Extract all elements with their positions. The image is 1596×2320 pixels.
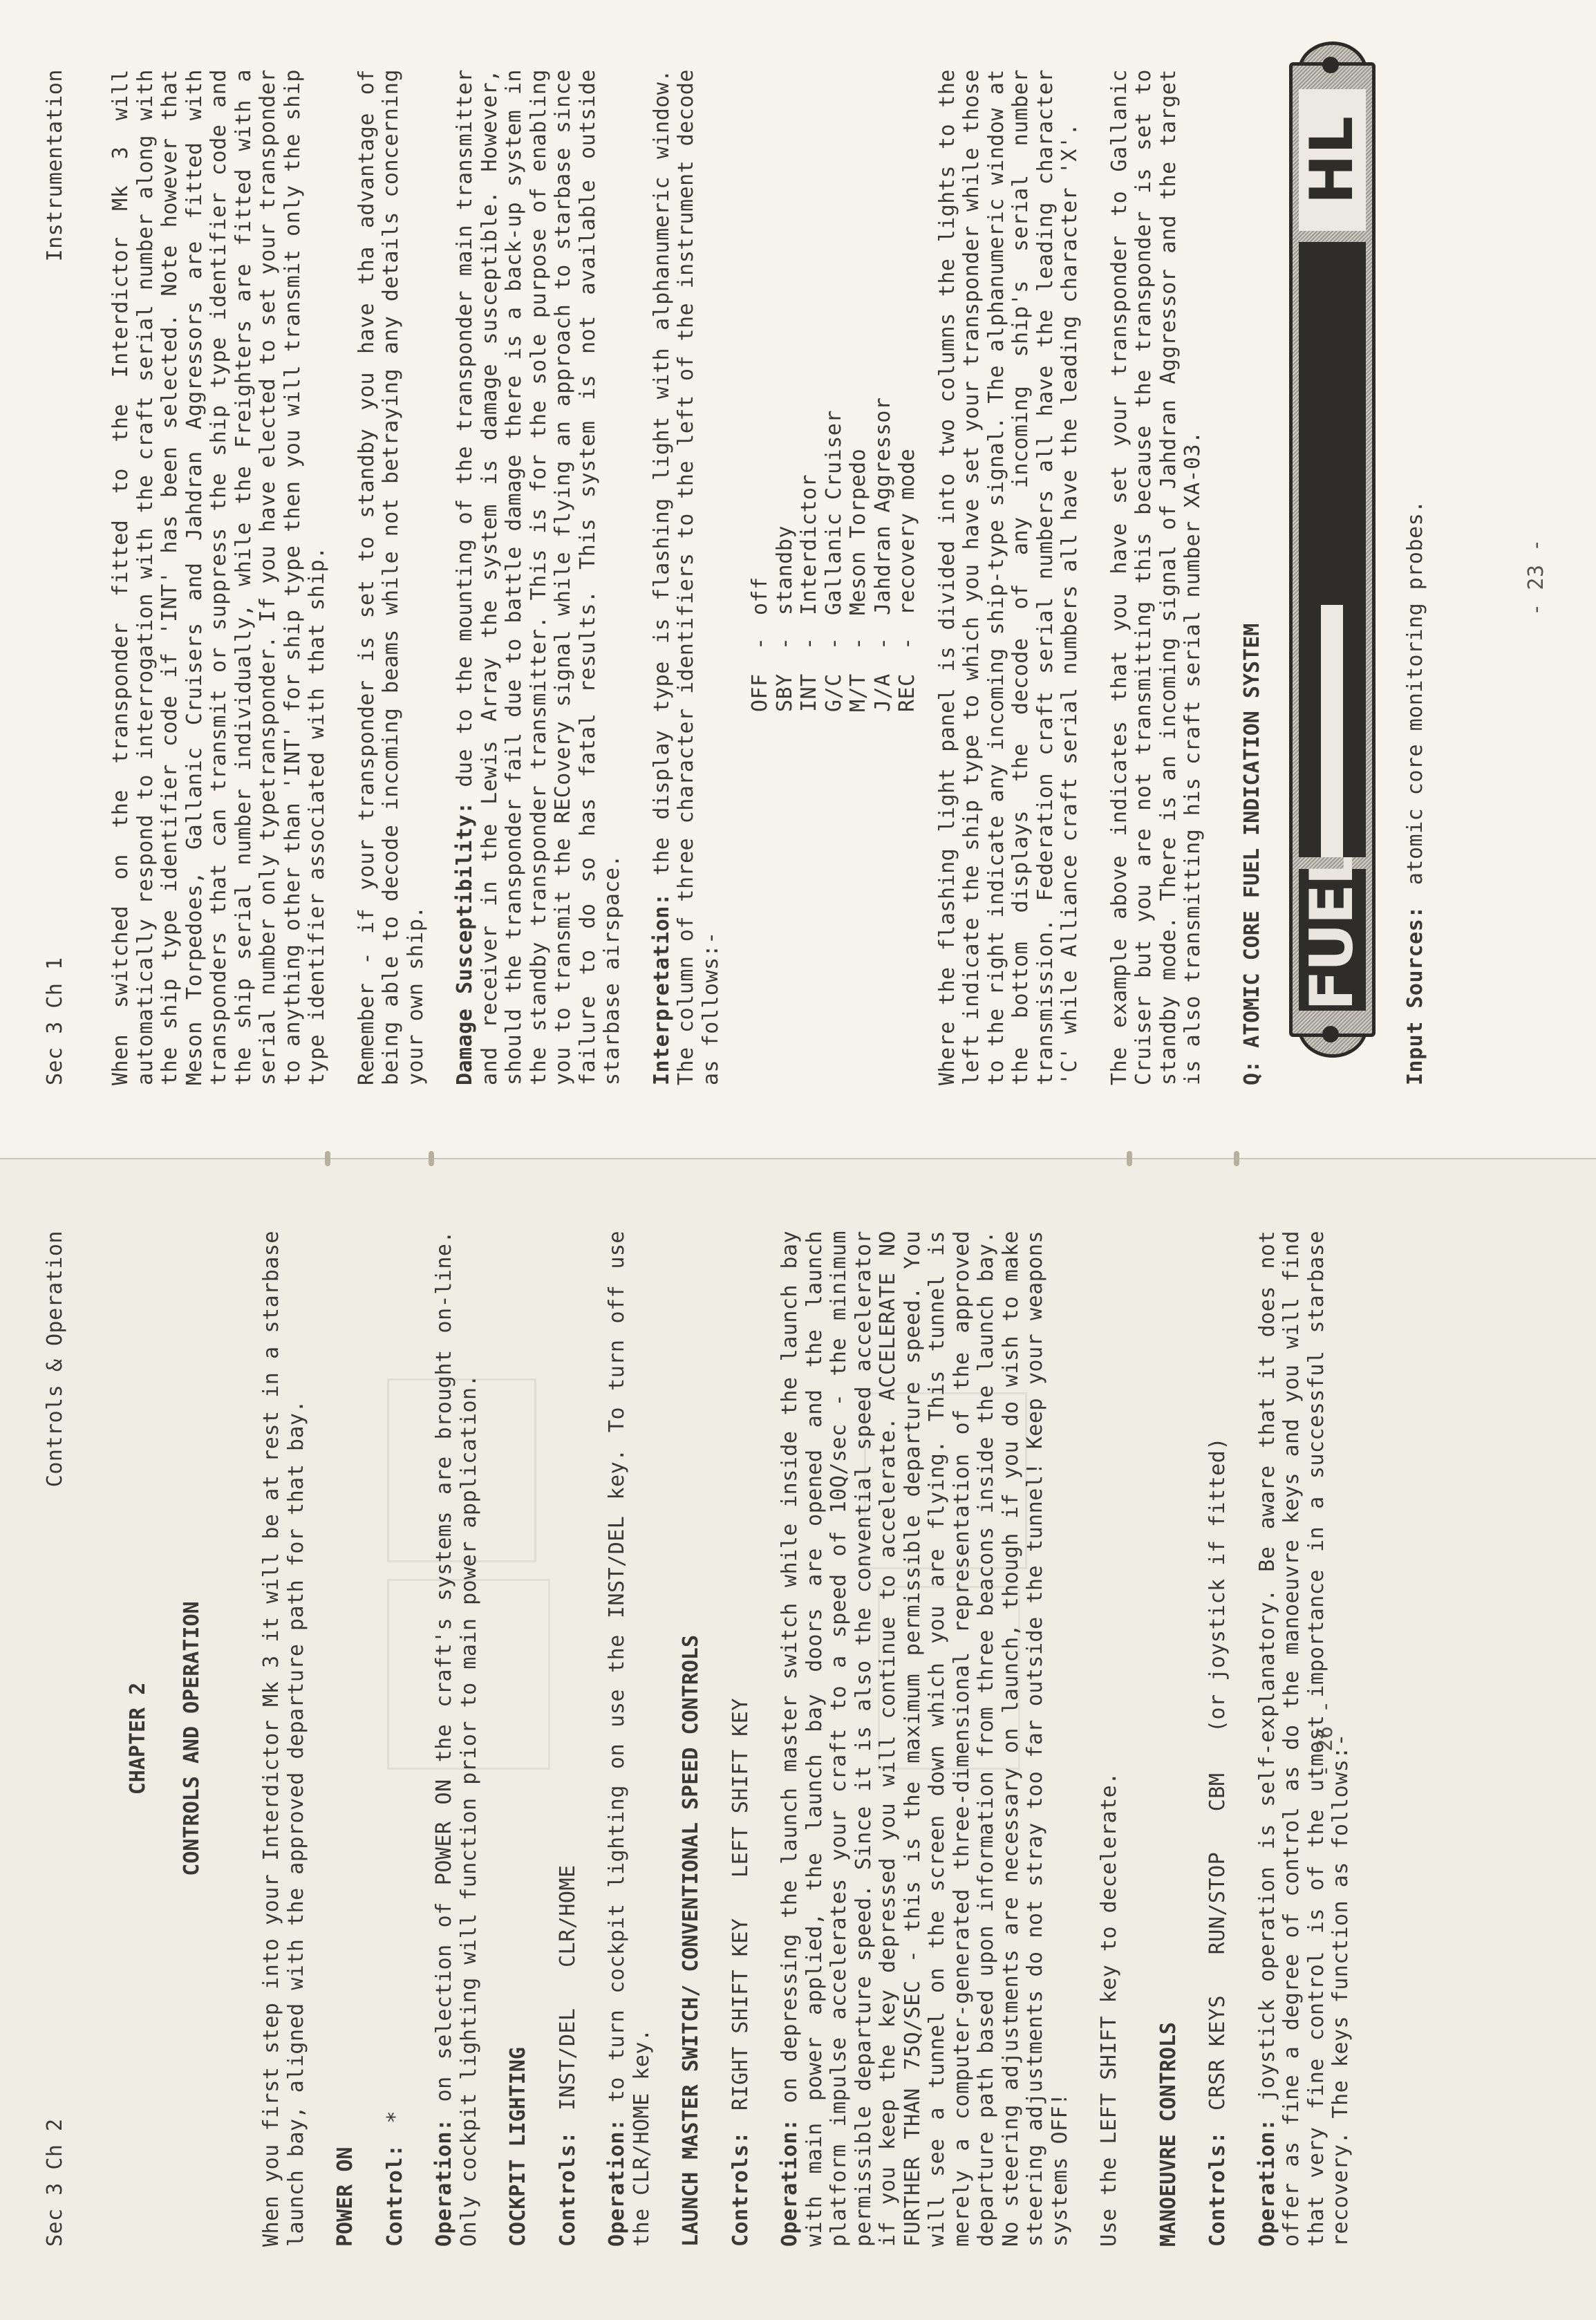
- decode-meaning: Gallanic Cruiser: [822, 410, 847, 615]
- decode-meaning: recovery mode: [895, 449, 920, 615]
- decode-row: G/C-Gallanic Cruiser: [822, 69, 847, 712]
- decode-row: OFF-off: [748, 69, 773, 712]
- decode-row: J/A-Jahdran Aggressor: [871, 69, 896, 712]
- key-inst-del: INST/DEL: [556, 2008, 580, 2111]
- gauge-fuel-label: FUEL: [1299, 869, 1366, 1011]
- cockpit-lighting-operation: Operation: to turn cockpit lighting on u…: [605, 1231, 654, 2247]
- manoeuvre-operation: Operation: joystick operation is self-ex…: [1255, 1231, 1353, 2247]
- controls-keys: CRSR KEYS RUN/STOP CBM (or joystick if f…: [1205, 1410, 1230, 2111]
- decode-row: REC-recovery mode: [895, 69, 920, 712]
- decode-code: M/T: [846, 650, 871, 712]
- key-cbm: CBM: [1205, 1773, 1230, 1812]
- decode-code: INT: [797, 650, 822, 712]
- flashing-light-paragraph: Where the flashing light panel is divide…: [935, 69, 1082, 1085]
- controls-label: Controls:: [1205, 2131, 1230, 2247]
- key-clr-home: CLR/HOME: [556, 1864, 580, 1967]
- page-number: - 23 -: [1524, 21, 1549, 1134]
- chapter-intro-paragraph: When you first step into your Interdicto…: [259, 1231, 308, 2247]
- decode-dash: -: [822, 615, 847, 650]
- damage-text: due to the mounting of the transponder m…: [453, 69, 624, 1085]
- decode-row: SBY-standby: [773, 69, 798, 712]
- key-crsr: CRSR KEYS: [1205, 1995, 1230, 2111]
- controls-keys: RIGHT SHIFT KEY LEFT SHIFT KEY: [729, 1670, 753, 2111]
- power-on-heading: POWER ON: [333, 1231, 358, 2247]
- decode-meaning: Meson Torpedo: [846, 449, 871, 615]
- decode-meaning: Interdictor: [797, 474, 822, 615]
- launch-master-controls: Controls: RIGHT SHIFT KEY LEFT SHIFT KEY: [729, 1231, 753, 2247]
- decode-table: OFF-offSBY-standbyINT-InterdictorG/C-Gal…: [748, 69, 920, 712]
- decode-row: M/T-Meson Torpedo: [846, 69, 871, 712]
- gauge-track: [1299, 242, 1366, 857]
- decode-code: J/A: [871, 650, 896, 712]
- decode-row: INT-Interdictor: [797, 69, 822, 712]
- decode-dash: -: [895, 615, 920, 650]
- fuel-section-heading: Q: ATOMIC CORE FUEL INDICATION SYSTEM: [1240, 69, 1265, 1085]
- page-number: - 26 -: [1313, 1182, 1338, 2295]
- key-run-stop: RUN/STOP: [1205, 1852, 1230, 1955]
- running-header: Sec 3 Ch 2 Controls & Operation: [43, 1231, 71, 2247]
- input-sources: Input Sources: atomic core monitoring pr…: [1403, 69, 1428, 1085]
- gauge-scale-label: HL: [1299, 89, 1366, 231]
- remember-paragraph: Remember - if your transponder is set to…: [355, 69, 429, 1085]
- fuel-gauge: FUEL HL: [1289, 41, 1376, 1058]
- staple: [1127, 1151, 1132, 1166]
- interpretation-label: Interpretation:: [650, 893, 674, 1085]
- page-23: Sec 3 Ch 1 Instrumentation When switched…: [0, 21, 1596, 1134]
- decode-meaning: off: [748, 577, 773, 615]
- operation-label: Operation:: [605, 2118, 629, 2247]
- manoeuvre-controls: Controls: CRSR KEYS RUN/STOP CBM (or joy…: [1205, 1231, 1230, 2247]
- decode-meaning: standby: [773, 525, 798, 615]
- staple: [429, 1151, 434, 1166]
- input-sources-label: Input Sources:: [1403, 906, 1428, 1085]
- control-label: Control:: [383, 2144, 408, 2247]
- operation-label: Operation:: [1255, 2118, 1279, 2247]
- controls-label: Controls:: [729, 2131, 753, 2247]
- decode-dash: -: [871, 615, 896, 650]
- decode-dash: -: [748, 615, 773, 650]
- decode-code: SBY: [773, 650, 798, 712]
- cockpit-lighting-controls: Controls: INST/DEL CLR/HOME: [556, 1231, 581, 2247]
- key-left-shift: LEFT SHIFT KEY: [729, 1698, 753, 1878]
- input-sources-text: atomic core monitoring probes.: [1403, 500, 1428, 885]
- decode-code: OFF: [748, 650, 773, 712]
- header-section: Sec 3 Ch 1: [43, 957, 71, 1085]
- controls-keys: INST/DEL CLR/HOME: [556, 1837, 581, 2111]
- interpretation-paragraph: Interpretation: the display type is flas…: [650, 69, 724, 1085]
- mounting-hole-icon: [1322, 57, 1339, 73]
- staple: [325, 1151, 330, 1166]
- controls-label: Controls:: [556, 2131, 581, 2247]
- operation-label: Operation:: [778, 2118, 802, 2247]
- header-chapter-title: Controls & Operation: [43, 1231, 71, 1487]
- launch-master-heading: LAUNCH MASTER SWITCH/ CONVENTIONAL SPEED…: [679, 1231, 704, 2247]
- decode-dash: -: [797, 615, 822, 650]
- header-section: Sec 3 Ch 2: [43, 2118, 71, 2247]
- joystick-note: (or joystick if fitted): [1205, 1437, 1230, 1732]
- page-26: Sec 3 Ch 2 Controls & Operation CHAPTER …: [0, 1182, 1596, 2295]
- decode-code: G/C: [822, 650, 847, 712]
- running-header: Sec 3 Ch 1 Instrumentation: [43, 69, 71, 1085]
- gauge-fill-bar: [1321, 605, 1343, 857]
- decelerate-note: Use the LEFT SHIFT key to decelerate.: [1097, 1231, 1122, 2247]
- staple: [1234, 1151, 1239, 1166]
- mounting-hole-icon: [1322, 1026, 1339, 1042]
- damage-susceptibility-paragraph: Damage Susceptibility: due to the mounti…: [453, 69, 625, 1085]
- operation-label: Operation:: [432, 2118, 456, 2247]
- transponder-intro-paragraph: When switched on the transponder fitted …: [109, 69, 330, 1085]
- example-paragraph: The example above indicates that you hav…: [1107, 69, 1205, 1085]
- chapter-number: CHAPTER 2: [126, 1231, 151, 2247]
- key-right-shift: RIGHT SHIFT KEY: [729, 1918, 753, 2111]
- decode-dash: -: [846, 615, 871, 650]
- operation-text: joystick operation is self-explanatory. …: [1255, 1231, 1353, 2247]
- damage-label: Damage Susceptibility:: [453, 801, 477, 1085]
- decode-dash: -: [773, 615, 798, 650]
- decode-code: REC: [895, 650, 920, 712]
- decode-meaning: Jahdran Aggressor: [871, 397, 896, 615]
- manoeuvre-heading: MANOEUVRE CONTROLS: [1156, 1231, 1181, 2247]
- operation-text: to turn cockpit lighting on use the INST…: [605, 1231, 654, 2247]
- chapter-title: CONTROLS AND OPERATION: [180, 1231, 205, 2247]
- header-chapter-title: Instrumentation: [43, 69, 71, 261]
- control-value: *: [383, 2111, 408, 2124]
